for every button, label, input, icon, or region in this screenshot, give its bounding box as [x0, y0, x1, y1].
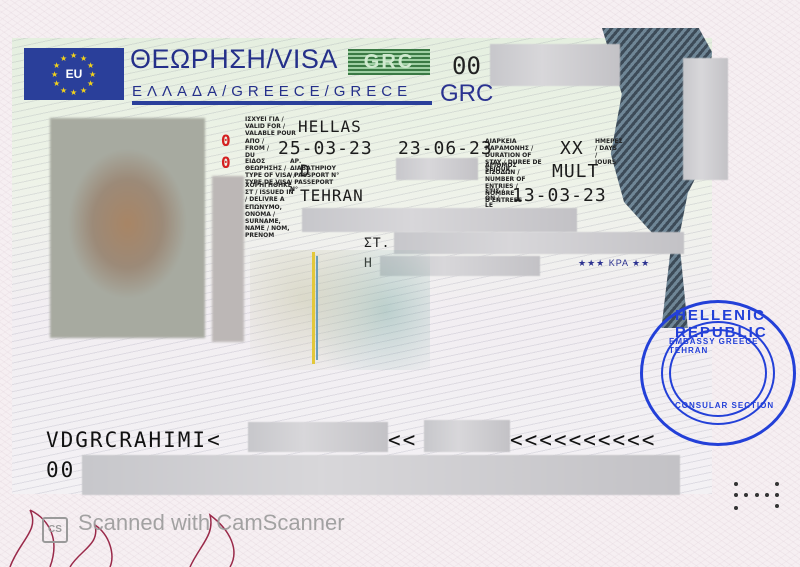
- label-on: ΣΤΙΣ / ON / LE: [485, 188, 505, 209]
- stamp-outer-text: HELLENIC REPUBLIC: [675, 307, 793, 341]
- visa-number: 00: [452, 52, 481, 80]
- camscanner-logo-icon: CS: [42, 517, 68, 543]
- perforation-dot: [765, 493, 769, 497]
- ghost-photo-redacted: [212, 176, 244, 342]
- redacted-visa-number: [490, 44, 620, 86]
- mrz-line1-end: <<<<<<<<<<: [510, 428, 656, 452]
- redacted-mrz-surname: [248, 422, 388, 452]
- holder-photo-redacted: [50, 118, 205, 338]
- hologram-blue-line: [316, 256, 318, 360]
- redacted-vertical-number: [683, 58, 728, 180]
- hologram-seal: [250, 250, 430, 370]
- mrz-line1-mid: <<: [388, 428, 417, 452]
- microprint-band: [132, 101, 432, 105]
- red-mark-2: 0: [221, 153, 231, 172]
- issuing-state-code: GRC: [440, 80, 493, 108]
- consulate-stamp: HELLENIC REPUBLIC EMBASSY GREECE TEHRAN …: [640, 300, 796, 446]
- stamp-inner-top-text: EMBASSY GREECE TEHRAN: [669, 337, 793, 355]
- label-valid-for: ΙΣΧΥΕΙ ΓΙΑ / VALID FOR / VALABLE POUR: [245, 116, 297, 137]
- redacted-remarks-line-1: [394, 232, 684, 254]
- perforation-dot: [734, 493, 738, 497]
- entries-value: MULT: [552, 161, 599, 182]
- perforation-dot: [775, 504, 779, 508]
- perforation-dot: [775, 493, 779, 497]
- visa-type-value: D: [300, 161, 311, 180]
- redacted-passport-number: [396, 158, 478, 180]
- duration-value: XX: [560, 138, 584, 159]
- issue-date: 13-03-23: [512, 185, 607, 206]
- camscanner-watermark: Scanned with CamScanner: [78, 510, 345, 536]
- mrz-line2-start: 00: [46, 458, 75, 482]
- eu-flag: ★ ★ ★ ★ ★ ★ ★ ★ ★ ★ ★ ★ EU: [24, 48, 124, 100]
- redacted-surname-name: [302, 208, 577, 232]
- label-from: ΑΠΟ / FROM / DU: [245, 138, 275, 159]
- perforation-dot: [734, 506, 738, 510]
- country-line: ΕΛΛΑΔΑ/GREECE/GRECE: [132, 83, 412, 100]
- eu-badge-text: EU: [52, 67, 96, 81]
- until-date: 23-06-23: [398, 138, 493, 159]
- perforation-dot: [755, 493, 759, 497]
- stamp-inner-bottom-text: CONSULAR SECTION: [675, 401, 774, 410]
- grc-code-band: GRC: [348, 49, 430, 75]
- valid-for-value: HELLAS: [298, 117, 362, 136]
- perforation-dot: [734, 482, 738, 486]
- eu-stars-ring-icon: ★ ★ ★ ★ ★ ★ ★ ★ ★ ★ ★ ★ EU: [52, 52, 96, 96]
- red-mark-1: 0: [221, 131, 231, 150]
- mrz-line1-start: VDGRCRAHIMI<: [46, 428, 222, 452]
- remarks-prefix-1: ΣΤ.: [364, 236, 390, 251]
- hologram-gold-line: [312, 252, 315, 364]
- from-date: 25-03-23: [278, 138, 373, 159]
- redacted-mrz-line2: [82, 455, 680, 495]
- redacted-mrz-given-name: [424, 420, 510, 452]
- issued-in-value: TEHRAN: [300, 186, 364, 205]
- perforation-dot: [775, 482, 779, 486]
- perforation-dot: [744, 493, 748, 497]
- stars-mark: ★★★ ΚΡΑ ★★: [578, 258, 650, 269]
- label-name: ΕΠΩΝΥΜΟ, ΟΝΟΜΑ / SURNAME, NAME / NOM, PR…: [245, 204, 297, 239]
- visa-title: ΘΕΩΡΗΣΗ/VISA: [130, 44, 338, 75]
